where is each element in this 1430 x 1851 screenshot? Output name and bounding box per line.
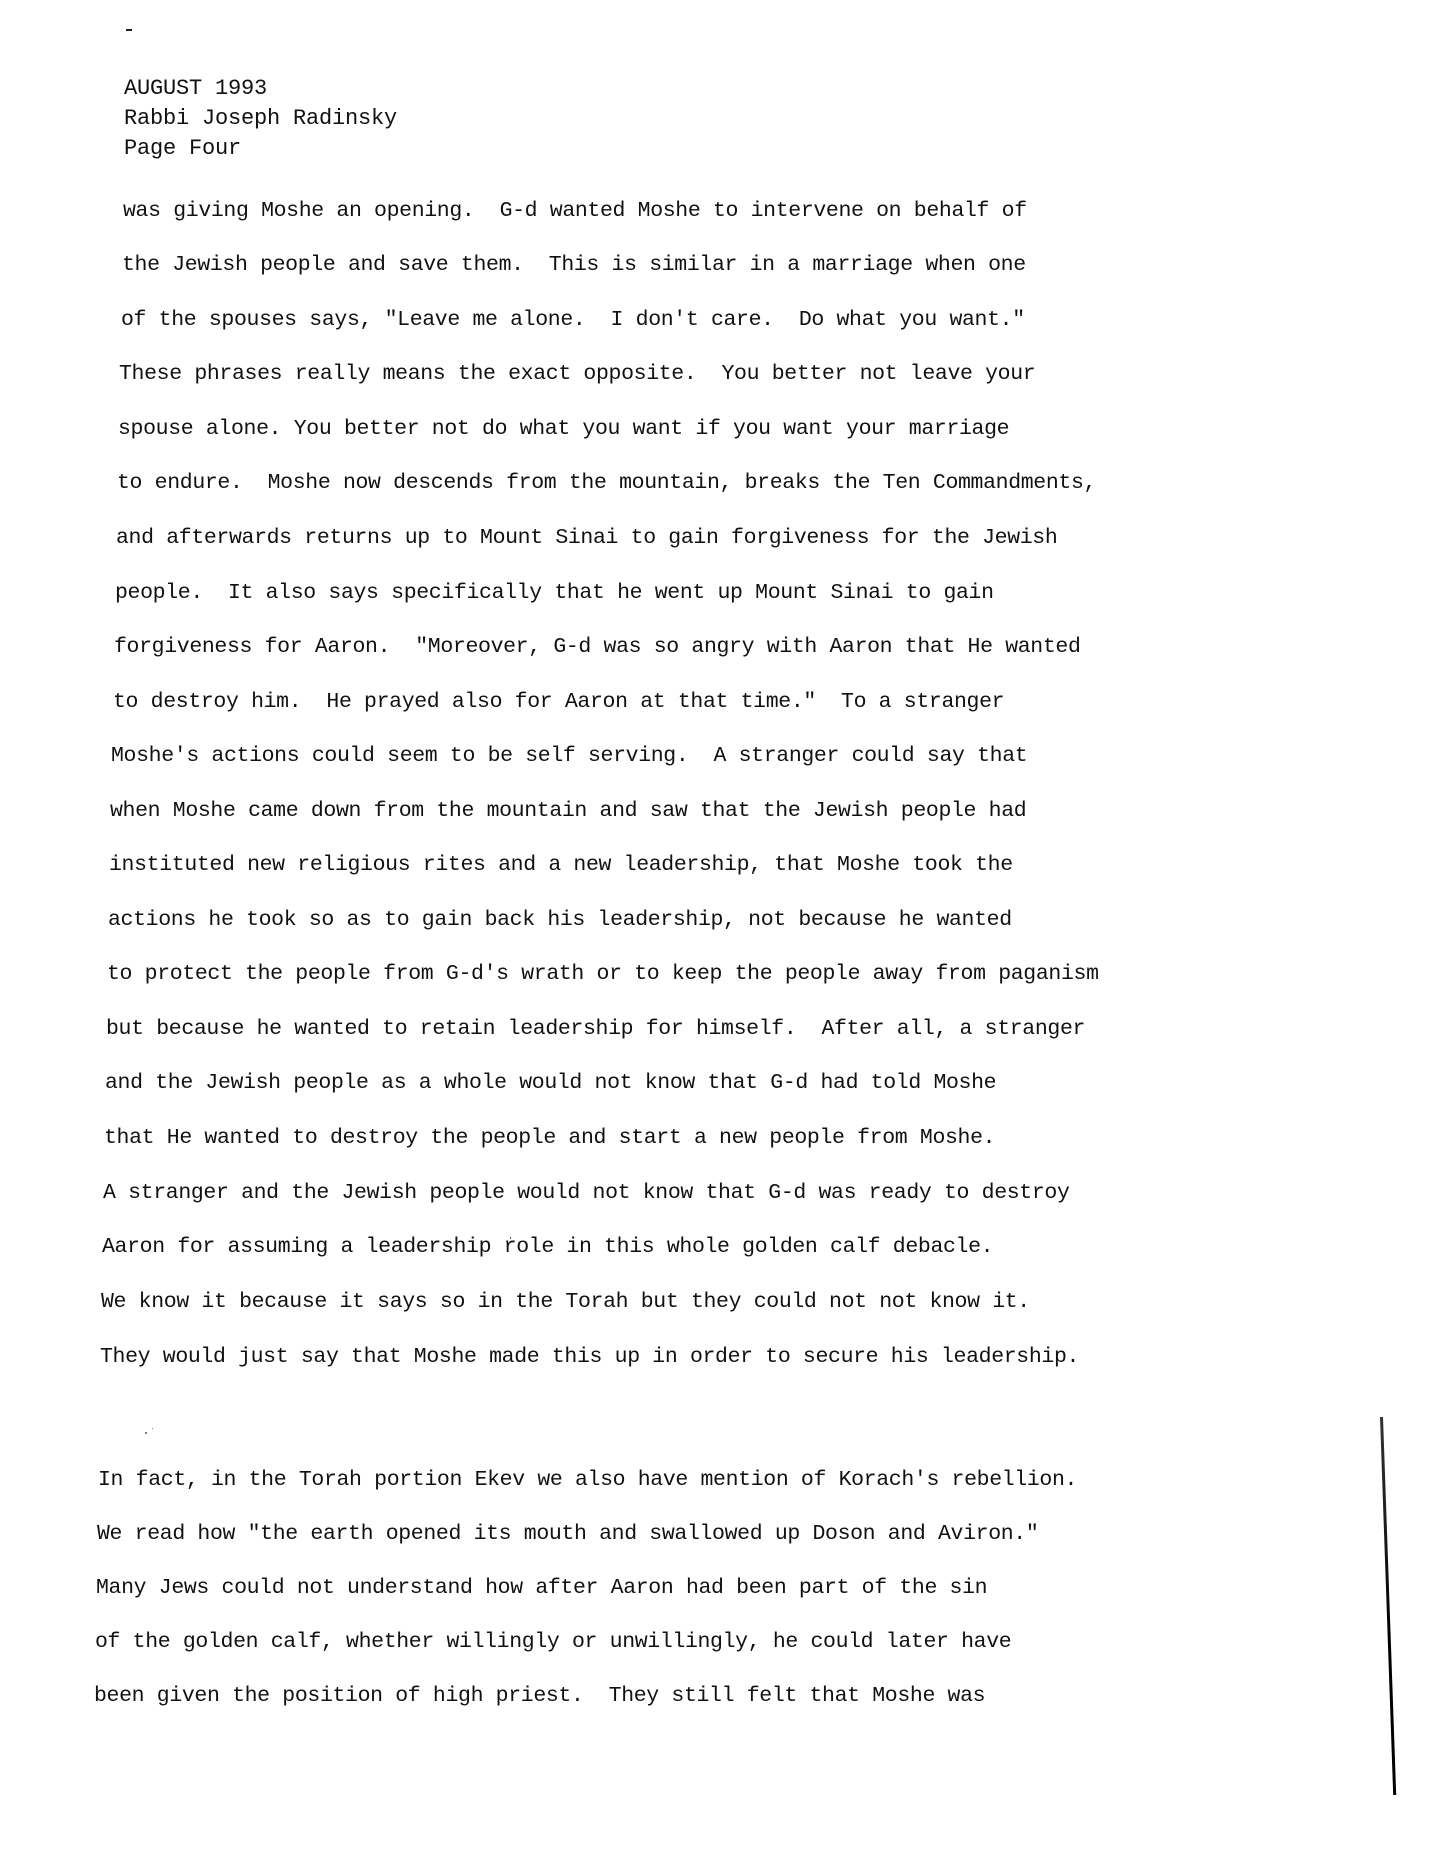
text-line: Aaron for assuming a leadership role in … xyxy=(102,1232,993,1262)
text-line: when Moshe came down from the mountain a… xyxy=(110,796,1026,826)
text-line: These phrases really means the exact opp… xyxy=(119,359,1035,389)
header-author: Rabbi Joseph Radinsky xyxy=(124,104,397,134)
text-line: people. It also says specifically that h… xyxy=(115,578,994,608)
text-line: Many Jews could not understand how after… xyxy=(96,1573,987,1603)
text-line: instituted new religious rites and a new… xyxy=(109,850,1013,880)
header-date: AUGUST 1993 xyxy=(124,74,397,104)
text-line: of the spouses says, "Leave me alone. I … xyxy=(121,305,1025,335)
scan-artifact-speck xyxy=(152,1428,153,1429)
text-line: to protect the people from G-d's wrath o… xyxy=(107,959,1099,989)
text-line: They would just say that Moshe made this… xyxy=(100,1342,1079,1372)
scan-artifact-dash xyxy=(126,29,132,31)
text-line: and afterwards returns up to Mount Sinai… xyxy=(116,523,1057,553)
text-line: In fact, in the Torah portion Ekev we al… xyxy=(98,1465,1077,1495)
scanned-document-page: AUGUST 1993 Rabbi Joseph Radinsky Page F… xyxy=(0,0,1430,1851)
text-line: spouse alone. You better not do what you… xyxy=(118,414,1009,444)
text-line: of the golden calf, whether willingly or… xyxy=(95,1627,1011,1657)
scan-artifact-speck xyxy=(145,1432,147,1434)
document-header: AUGUST 1993 Rabbi Joseph Radinsky Page F… xyxy=(124,74,397,164)
text-line: was giving Moshe an opening. G-d wanted … xyxy=(123,196,1027,226)
text-line: Moshe's actions could seem to be self se… xyxy=(111,741,1027,771)
margin-vertical-line xyxy=(1380,1417,1396,1795)
text-line: A stranger and the Jewish people would n… xyxy=(103,1178,1070,1208)
text-line: forgiveness for Aaron. "Moreover, G-d wa… xyxy=(114,632,1081,662)
text-line: and the Jewish people as a whole would n… xyxy=(105,1068,996,1098)
text-line: that He wanted to destroy the people and… xyxy=(104,1123,995,1153)
text-line: We know it because it says so in the Tor… xyxy=(101,1287,1030,1317)
text-line: but because he wanted to retain leadersh… xyxy=(106,1014,1085,1044)
text-line: We read how "the earth opened its mouth … xyxy=(97,1519,1038,1549)
scan-artifact-speck xyxy=(510,1237,511,1239)
text-line: been given the position of high priest. … xyxy=(94,1681,985,1711)
text-line: the Jewish people and save them. This is… xyxy=(122,250,1026,280)
text-line: to endure. Moshe now descends from the m… xyxy=(117,468,1096,498)
text-line: to destroy him. He prayed also for Aaron… xyxy=(113,687,1004,717)
text-line: actions he took so as to gain back his l… xyxy=(108,905,1012,935)
header-page-number: Page Four xyxy=(124,134,397,164)
